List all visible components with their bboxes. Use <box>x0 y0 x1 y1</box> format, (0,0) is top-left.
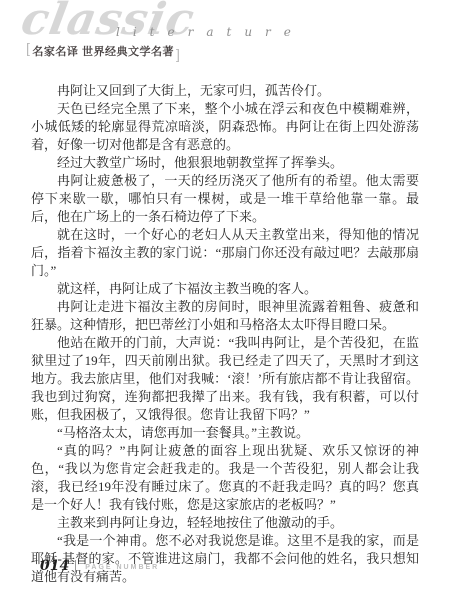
paragraph: “真的吗？”冉阿让疲惫的面容上现出犹疑、欢乐又惊讶的神色，“我以为您肯定会赶我走… <box>31 442 419 514</box>
page-number: 014 <box>40 558 69 574</box>
page-number-label: PAGE NUMBER <box>85 562 159 571</box>
page-footer: 014 PAGE NUMBER <box>40 558 159 574</box>
paragraph: 就这样，冉阿让成了卞福汝主教当晚的客人。 <box>31 280 419 298</box>
paragraph: 天色已经完全黑了下来，整个小城在浮云和夜色中模糊难辨，小城低矮的轮廓显得荒凉暗淡… <box>31 100 419 154</box>
paragraph: 冉阿让又回到了大街上，无家可归，孤苦伶仃。 <box>31 82 419 100</box>
series-label: [ 名家名译 世界经典文学名著 ] <box>26 43 180 59</box>
bracket-right-decoration: ] <box>176 46 180 62</box>
book-page: classic literature [ 名家名译 世界经典文学名著 ] 冉阿让… <box>0 0 450 600</box>
body-text: 冉阿让又回到了大街上，无家可归，孤苦伶仃。 天色已经完全黑了下来，整个小城在浮云… <box>31 82 419 586</box>
paragraph: 经过大教堂广场时，他狠狠地朝教堂挥了挥拳头。 <box>31 154 419 172</box>
footer-divider <box>75 560 76 572</box>
series-label-text: 名家名译 世界经典文学名著 <box>32 43 174 59</box>
decorative-word-literature: literature <box>116 25 304 39</box>
paragraph: 他站在敞开的门前，大声说：“我叫冉阿让，是个苦役犯，在监狱里过了19年，四天前刚… <box>31 334 419 424</box>
paragraph: “马格洛太太，请您再加一套餐具。”主教说。 <box>31 424 419 442</box>
paragraph: 冉阿让疲惫极了，一天的经历浇灭了他所有的希望。他太需要停下来歇一歇，哪怕只有一棵… <box>31 172 419 226</box>
paragraph: 冉阿让走进卞福汝主教的房间时，眼神里流露着粗鲁、疲惫和狂暴。这种情形，把巴蒂丝汀… <box>31 298 419 334</box>
bracket-left-decoration: [ <box>26 40 30 56</box>
paragraph: 就在这时，一个好心的老妇人从天主教堂出来，得知他的情况后，指着卞福汝主教的家门说… <box>31 226 419 280</box>
paragraph: 主教来到冉阿让身边，轻轻地按住了他激动的手。 <box>31 514 419 532</box>
